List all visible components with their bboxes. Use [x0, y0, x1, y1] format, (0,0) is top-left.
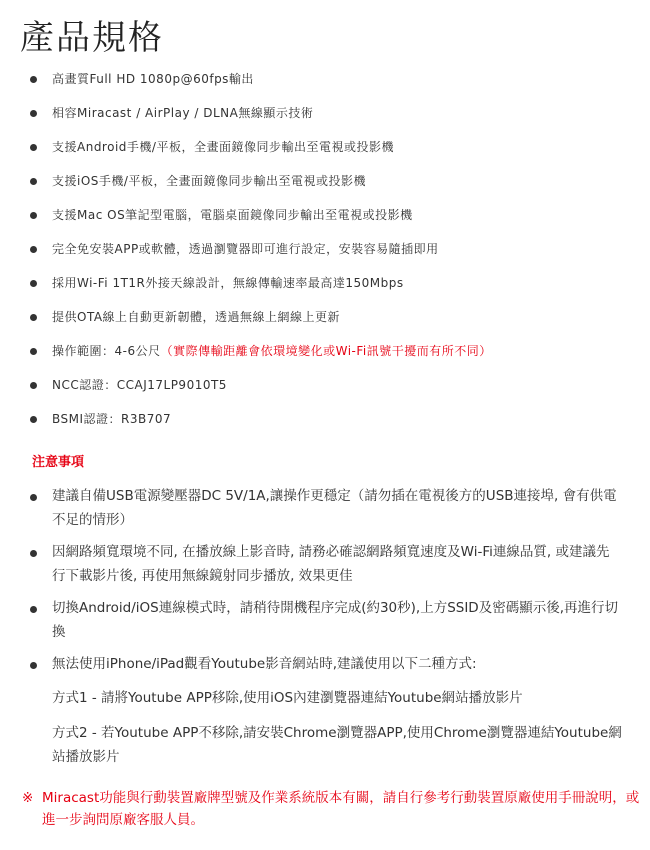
page-title: 產品規格 — [20, 16, 164, 60]
bullet-icon — [30, 212, 37, 219]
spec-text: 支援iOS手機/平板，全畫面鏡像同步輸出至電視或投影機 — [52, 170, 366, 192]
bullet-icon — [30, 314, 37, 321]
method-item: 方式2 - 若Youtube APP不移除,請安裝Chrome瀏覽器APP,使用… — [52, 721, 622, 769]
operating-range: 操作範圍：4-6公尺 — [52, 344, 161, 358]
bullet-icon — [30, 494, 37, 501]
bullet-icon — [30, 178, 37, 185]
bullet-icon — [30, 246, 37, 253]
reference-mark-icon: ※ — [22, 787, 33, 809]
bullet-icon — [30, 144, 37, 151]
spec-text: NCC認證：CCAJ17LP9010T5 — [52, 374, 227, 396]
bullet-icon — [30, 550, 37, 557]
note-text: 切換Android/iOS連線模式時，請稍待開機程序完成(約30秒),上方SSI… — [52, 596, 622, 644]
method-item: 方式1 - 請將Youtube APP移除,使用iOS內建瀏覽器連結Youtub… — [52, 686, 622, 710]
bullet-icon — [30, 662, 37, 669]
spec-text: 完全免安裝APP或軟體，透過瀏覽器即可進行設定，安裝容易隨插即用 — [52, 238, 439, 260]
notes-title: 注意事項 — [32, 451, 84, 470]
bullet-icon — [30, 606, 37, 613]
spec-text: 相容Miracast / AirPlay / DLNA無線顯示技術 — [52, 102, 313, 124]
bullet-icon — [30, 280, 37, 287]
bullet-icon — [30, 416, 37, 423]
spec-text: 高畫質Full HD 1080p@60fps輸出 — [52, 68, 254, 90]
note-text: 因網路頻寬環境不同, 在播放線上影音時, 請務必確認網路頻寬速度及Wi-Fi連線… — [52, 540, 622, 588]
spec-text: 支援Android手機/平板，全畫面鏡像同步輸出至電視或投影機 — [52, 136, 394, 158]
note-text: 無法使用iPhone/iPad觀看Youtube影音網站時,建議使用以下二種方式… — [52, 652, 622, 676]
footnote-text: Miracast功能與行動裝置廠牌型號及作業系統版本有關，請自行參考行動裝置原廠… — [42, 787, 642, 831]
note-text: 建議自備USB電源變壓器DC 5V/1A,讓操作更穩定（請勿插在電視後方的USB… — [52, 484, 622, 532]
range-note: （實際傳輸距離會依環境變化或Wi-Fi訊號干擾而有所不同） — [161, 344, 492, 358]
spec-text: BSMI認證：R3B707 — [52, 408, 171, 430]
spec-text: 操作範圍：4-6公尺（實際傳輸距離會依環境變化或Wi-Fi訊號干擾而有所不同） — [52, 340, 492, 362]
spec-text: 提供OTA線上自動更新韌體，透過無線上網線上更新 — [52, 306, 340, 328]
spec-text: 採用Wi-Fi 1T1R外接天線設計，無線傳輸速率最高達150Mbps — [52, 272, 404, 294]
bullet-icon — [30, 76, 37, 83]
bullet-icon — [30, 382, 37, 389]
bullet-icon — [30, 110, 37, 117]
spec-text: 支援Mac OS筆記型電腦，電腦桌面鏡像同步輸出至電視或投影機 — [52, 204, 413, 226]
bullet-icon — [30, 348, 37, 355]
